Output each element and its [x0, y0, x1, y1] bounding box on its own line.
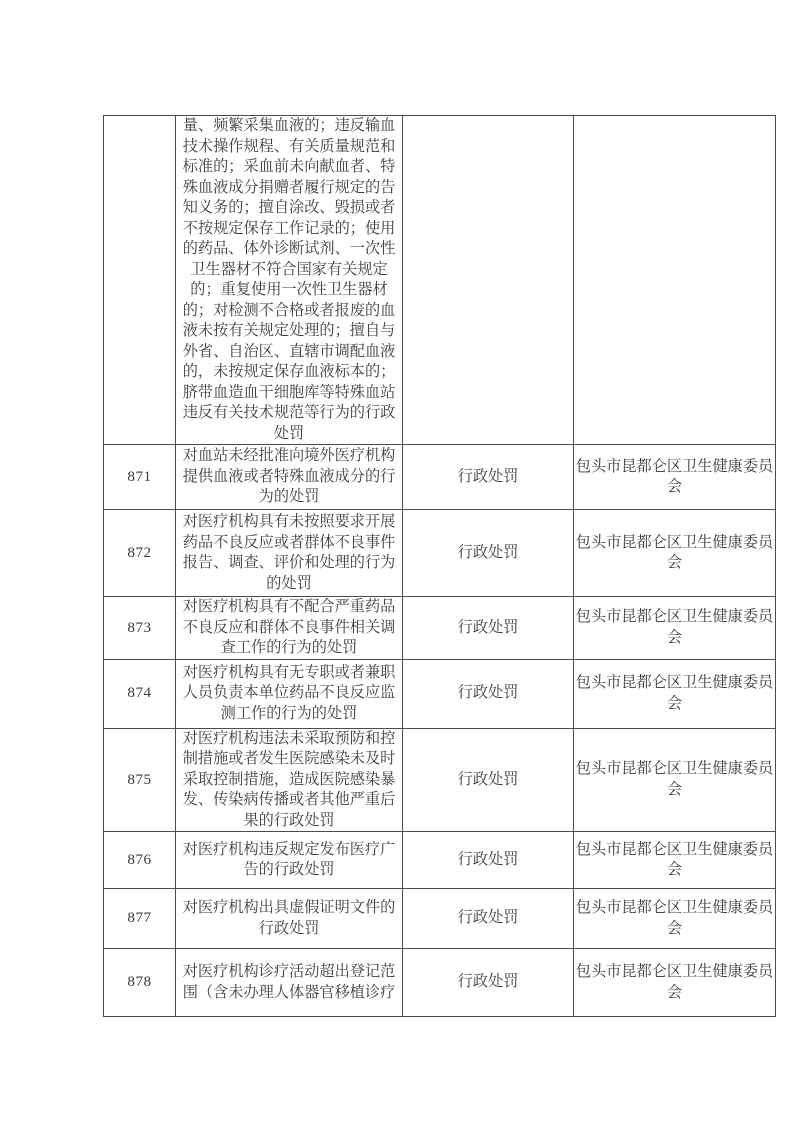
- row-number-cell: 878: [104, 949, 176, 1017]
- authority-cell: 包头市昆都仑区卫生健康委员会: [574, 728, 776, 832]
- item-description-cell: 对医疗机构违法未采取预防和控制措施或者发生医院感染未及时采取控制措施，造成医院感…: [176, 728, 403, 832]
- penalty-type-cell: 行政处罚: [403, 949, 574, 1017]
- row-number-cell: 873: [104, 597, 176, 660]
- authority-cell: 包头市昆都仑区卫生健康委员会: [574, 445, 776, 510]
- table-row: 877 对医疗机构出具虚假证明文件的行政处罚 行政处罚 包头市昆都仑区卫生健康委…: [104, 889, 776, 949]
- table-row: 878 对医疗机构诊疗活动超出登记范围（含未办理人体器官移植诊疗 行政处罚 包头…: [104, 949, 776, 1017]
- authority-cell: 包头市昆都仑区卫生健康委员会: [574, 889, 776, 949]
- penalty-type-cell: [403, 116, 574, 445]
- penalty-items-table: 量、频繁采集血液的；违反输血技术操作规程、有关质量规范和标准的；采血前未向献血者…: [103, 115, 776, 1017]
- item-description-cell: 对医疗机构出具虚假证明文件的行政处罚: [176, 889, 403, 949]
- item-description-cell: 对医疗机构具有无专职或者兼职人员负责本单位药品不良反应监测工作的行为的处罚: [176, 659, 403, 728]
- item-description-cell: 对医疗机构诊疗活动超出登记范围（含未办理人体器官移植诊疗: [176, 949, 403, 1017]
- table-row: 876 对医疗机构违反规定发布医疗广告的行政处罚 行政处罚 包头市昆都仑区卫生健…: [104, 832, 776, 889]
- row-number-cell: 876: [104, 832, 176, 889]
- row-number-cell: 872: [104, 510, 176, 597]
- table-row: 873 对医疗机构具有不配合严重药品不良反应和群体不良事件相关调查工作的行为的处…: [104, 597, 776, 660]
- authority-cell: 包头市昆都仑区卫生健康委员会: [574, 597, 776, 660]
- penalty-type-cell: 行政处罚: [403, 510, 574, 597]
- item-description-cell: 对医疗机构违反规定发布医疗广告的行政处罚: [176, 832, 403, 889]
- authority-cell: 包头市昆都仑区卫生健康委员会: [574, 832, 776, 889]
- item-description-cell: 量、频繁采集血液的；违反输血技术操作规程、有关质量规范和标准的；采血前未向献血者…: [176, 116, 403, 445]
- row-number-cell: 875: [104, 728, 176, 832]
- row-number-cell: 877: [104, 889, 176, 949]
- row-number-cell: 874: [104, 659, 176, 728]
- penalty-table-body: 量、频繁采集血液的；违反输血技术操作规程、有关质量规范和标准的；采血前未向献血者…: [104, 116, 776, 1017]
- document-page: { "colors": { "page_background": "#fffff…: [0, 0, 793, 1122]
- item-description-cell: 对医疗机构具有未按照要求开展药品不良反应或者群体不良事件报告、调查、评价和处理的…: [176, 510, 403, 597]
- authority-cell: [574, 116, 776, 445]
- table-row: 872 对医疗机构具有未按照要求开展药品不良反应或者群体不良事件报告、调查、评价…: [104, 510, 776, 597]
- table-row: 875 对医疗机构违法未采取预防和控制措施或者发生医院感染未及时采取控制措施，造…: [104, 728, 776, 832]
- penalty-table-container: 量、频繁采集血液的；违反输血技术操作规程、有关质量规范和标准的；采血前未向献血者…: [103, 115, 776, 1017]
- table-row: 874 对医疗机构具有无专职或者兼职人员负责本单位药品不良反应监测工作的行为的处…: [104, 659, 776, 728]
- penalty-type-cell: 行政处罚: [403, 889, 574, 949]
- row-number-cell: 871: [104, 445, 176, 510]
- penalty-type-cell: 行政处罚: [403, 597, 574, 660]
- table-row: 量、频繁采集血液的；违反输血技术操作规程、有关质量规范和标准的；采血前未向献血者…: [104, 116, 776, 445]
- penalty-type-cell: 行政处罚: [403, 832, 574, 889]
- authority-cell: 包头市昆都仑区卫生健康委员会: [574, 659, 776, 728]
- item-description-cell: 对血站未经批准向境外医疗机构提供血液或者特殊血液成分的行为的处罚: [176, 445, 403, 510]
- authority-cell: 包头市昆都仑区卫生健康委员会: [574, 949, 776, 1017]
- penalty-type-cell: 行政处罚: [403, 659, 574, 728]
- row-number-cell: [104, 116, 176, 445]
- table-row: 871 对血站未经批准向境外医疗机构提供血液或者特殊血液成分的行为的处罚 行政处…: [104, 445, 776, 510]
- authority-cell: 包头市昆都仑区卫生健康委员会: [574, 510, 776, 597]
- penalty-type-cell: 行政处罚: [403, 445, 574, 510]
- item-description-cell: 对医疗机构具有不配合严重药品不良反应和群体不良事件相关调查工作的行为的处罚: [176, 597, 403, 660]
- penalty-type-cell: 行政处罚: [403, 728, 574, 832]
